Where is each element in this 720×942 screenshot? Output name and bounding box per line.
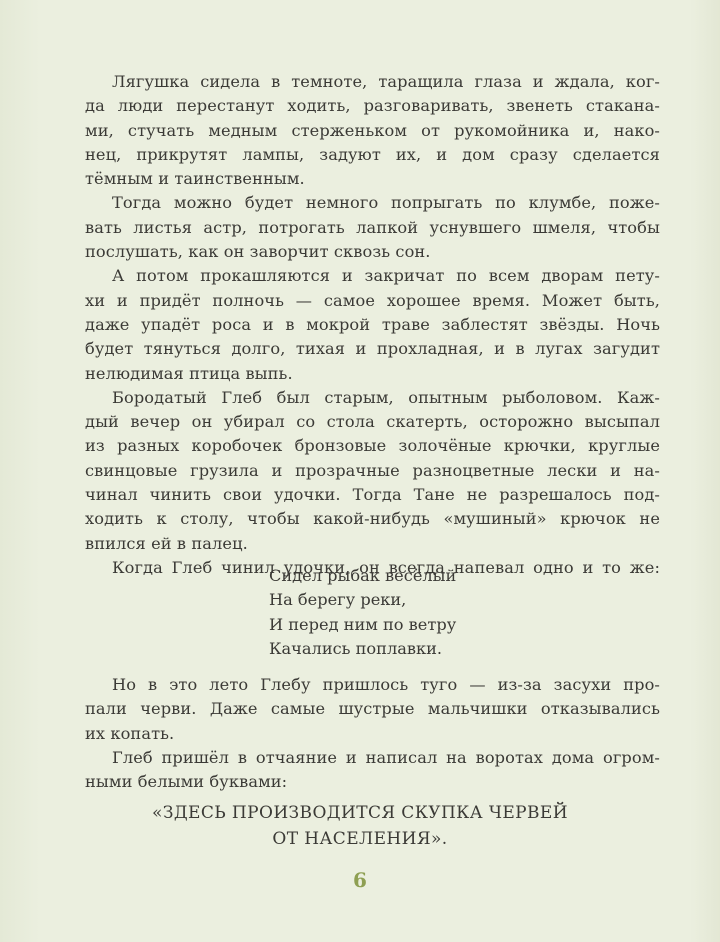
paragraph-line: Тогда можно будет немного попрыгать по к… bbox=[85, 191, 660, 215]
text-block-main: Лягушка сидела в темноте, таращила глаза… bbox=[85, 70, 660, 580]
poem-line: На берегу реки, bbox=[269, 588, 456, 612]
paragraph-line: вать листья астр, потрогать лапкой уснув… bbox=[85, 216, 660, 240]
paragraph-line: А потом прокашляются и закричат по всем … bbox=[85, 264, 660, 288]
paragraph-line: Лягушка сидела в темноте, таращила глаза… bbox=[85, 70, 660, 94]
paragraph-line: ходить к столу, чтобы какой-нибудь «муши… bbox=[85, 507, 660, 531]
paragraph-line: да люди перестанут ходить, разговаривать… bbox=[85, 94, 660, 118]
paragraph-line: хи и придёт полночь — самое хорошее врем… bbox=[85, 289, 660, 313]
sign-line: «ЗДЕСЬ ПРОИЗВОДИТСЯ СКУПКА ЧЕРВЕЙ bbox=[0, 800, 720, 826]
poem-line: Качались поплавки. bbox=[269, 637, 456, 661]
paragraph-line: ми, стучать медным стерженьком от рукомо… bbox=[85, 119, 660, 143]
paragraph-line: впился ей в палец. bbox=[85, 532, 660, 556]
paragraph-line: нец, прикрутят лампы, задуют их, и дом с… bbox=[85, 143, 660, 167]
paragraph-line: их копать. bbox=[85, 722, 660, 746]
text-block-after-poem: Но в это лето Глебу пришлось туго — из-з… bbox=[85, 673, 660, 794]
paragraph-line: нелюдимая птица выпь. bbox=[85, 362, 660, 386]
book-page: Лягушка сидела в темноте, таращила глаза… bbox=[0, 0, 720, 942]
page-number: 6 bbox=[0, 868, 720, 892]
paragraph-line: ными белыми буквами: bbox=[85, 770, 660, 794]
paragraph-line: Глеб пришёл в отчаяние и написал на воро… bbox=[85, 746, 660, 770]
poem-verse: Сидел рыбак весёлый На берегу реки, И пе… bbox=[269, 564, 456, 661]
poem-line: И перед ним по ветру bbox=[269, 613, 456, 637]
paragraph-line: даже упадёт роса и в мокрой траве заблес… bbox=[85, 313, 660, 337]
paragraph-line: будет тянуться долго, тихая и прохладная… bbox=[85, 337, 660, 361]
paragraph-line: послушать, как он заворчит сквозь сон. bbox=[85, 240, 660, 264]
paragraph-line: Бородатый Глеб был старым, опытным рыбол… bbox=[85, 386, 660, 410]
poem-line: Сидел рыбак весёлый bbox=[269, 564, 456, 588]
sign-line: ОТ НАСЕЛЕНИЯ». bbox=[0, 826, 720, 852]
paragraph-line: дый вечер он убирал со стола скатерть, о… bbox=[85, 410, 660, 434]
paragraph-line: свинцовые грузила и прозрачные разноцвет… bbox=[85, 459, 660, 483]
paragraph-line: чинал чинить свои удочки. Тогда Тане не … bbox=[85, 483, 660, 507]
paragraph-line: из разных коробочек бронзовые золочёные … bbox=[85, 434, 660, 458]
paragraph-line: тёмным и таинственным. bbox=[85, 167, 660, 191]
sign-inscription: «ЗДЕСЬ ПРОИЗВОДИТСЯ СКУПКА ЧЕРВЕЙ ОТ НАС… bbox=[0, 800, 720, 852]
paragraph-line: пали черви. Даже самые шустрые мальчишки… bbox=[85, 697, 660, 721]
paragraph-line: Но в это лето Глебу пришлось туго — из-з… bbox=[85, 673, 660, 697]
